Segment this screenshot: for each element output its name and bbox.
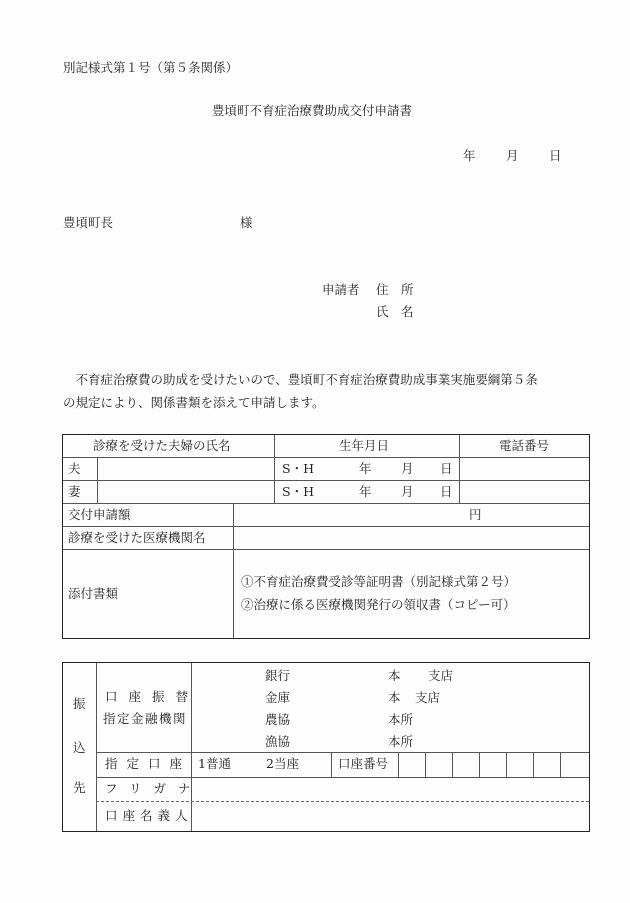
header-birthdate: 生年月日 (339, 440, 389, 453)
account-number-label: 口座番号 (338, 758, 388, 771)
header-couple-names: 診療を受けた夫婦の氏名 (93, 440, 231, 453)
amount-label: 交付申請額 (68, 509, 131, 522)
account-digit-box-6[interactable] (534, 753, 560, 777)
institution-label-line2: 指定金融機関 (103, 713, 187, 726)
husband-phone-field[interactable] (461, 458, 588, 479)
account-label: 指定口座 (105, 758, 191, 771)
institution-label-line1: 口座振替 (105, 691, 199, 704)
date-year-label: 年 (463, 150, 476, 163)
wife-month-label: 月 (401, 486, 414, 499)
col-divider (97, 457, 98, 503)
bank-transfer-table: 振 込 先 口座振替 指定金融機関 銀行 金庫 農協 漁協 本 支店 本 支店 … (62, 662, 590, 832)
applicant-name-label: 氏 名 (376, 306, 414, 319)
account-digit-box-3[interactable] (453, 753, 479, 777)
body-text-line1: 不育症治療費の助成を受けたいので、豊頃町不育症治療費助成事業実施要綱第５条 (63, 374, 538, 387)
addressee-honorific: 様 (240, 217, 253, 230)
husband-day-label: 日 (440, 463, 453, 476)
applicant-label: 申請者 (322, 284, 360, 297)
col-divider (96, 663, 97, 831)
branch-main-nokyo: 本所 (388, 714, 413, 727)
branch-main-bank: 本 (388, 670, 401, 683)
application-table: 診療を受けた夫婦の氏名 生年月日 電話番号 夫 S・H 年 月 日 妻 S・H … (62, 434, 590, 639)
side-label-char-3: 先 (73, 782, 86, 795)
col-divider (331, 752, 332, 777)
col-divider (459, 435, 460, 503)
branch-main-gyokyo: 本所 (388, 736, 413, 749)
attachment-item-2: ②治療に係る医療機関発行の領収書（コピー可） (241, 599, 516, 612)
account-digit-box-2[interactable] (426, 753, 452, 777)
institution-label: 診療を受けた医療機関名 (68, 532, 206, 545)
account-holder-field[interactable] (193, 803, 588, 830)
account-type-checking[interactable]: 2当座 (266, 758, 299, 771)
page-title: 豊頃町不育症治療費助成交付申請書 (212, 105, 412, 118)
account-holder-label: 口座名義人 (105, 810, 193, 823)
branch-main-shinkin: 本 (388, 692, 401, 705)
row-divider (63, 549, 589, 550)
institution-field[interactable] (235, 527, 588, 548)
wife-name-field[interactable] (99, 481, 273, 502)
institution-type-nokyo: 農協 (265, 714, 290, 727)
header-phone: 電話番号 (499, 440, 549, 453)
branch-sub-shinkin: 支店 (415, 692, 440, 705)
institution-type-shinkin: 金庫 (265, 692, 290, 705)
wife-era: S・H (282, 486, 314, 499)
furigana-label: フリガナ (105, 783, 202, 796)
date-month-label: 月 (506, 150, 519, 163)
body-text-line2: の規定により、関係書類を添えて申請します。 (63, 397, 325, 410)
branch-sub-bank: 支店 (428, 670, 453, 683)
col-divider (274, 435, 275, 503)
attachments-label: 添付書類 (68, 588, 118, 601)
addressee-name: 豊頃町長 (63, 217, 113, 230)
institution-type-bank: 銀行 (265, 670, 290, 683)
amount-unit: 円 (469, 509, 482, 522)
col-divider (233, 503, 234, 638)
wife-label: 妻 (68, 486, 81, 499)
form-number: 別記様式第１号（第５条関係） (63, 62, 238, 75)
side-label-char-1: 振 (73, 698, 86, 711)
husband-name-field[interactable] (99, 458, 273, 479)
husband-month-label: 月 (401, 463, 414, 476)
wife-phone-field[interactable] (461, 481, 588, 502)
applicant-address-label: 住 所 (376, 284, 414, 297)
husband-era: S・H (282, 463, 314, 476)
amount-field[interactable] (235, 504, 465, 525)
husband-label: 夫 (68, 463, 81, 476)
account-digit-box-4[interactable] (480, 753, 506, 777)
account-digit-box-1[interactable] (399, 753, 425, 777)
account-digit-box-5[interactable] (507, 753, 533, 777)
institution-type-gyokyo: 漁協 (265, 736, 290, 749)
row-divider-dashed (96, 801, 589, 802)
husband-year-label: 年 (359, 463, 372, 476)
wife-day-label: 日 (440, 486, 453, 499)
account-digit-box-7[interactable] (561, 753, 588, 777)
account-type-ordinary[interactable]: 1普通 (198, 758, 231, 771)
date-day-label: 日 (549, 150, 562, 163)
furigana-field[interactable] (193, 778, 588, 800)
attachment-item-1: ①不育症治療費受診等証明書（別記様式第２号） (241, 576, 516, 589)
side-label-char-2: 込 (73, 742, 86, 755)
wife-year-label: 年 (359, 486, 372, 499)
